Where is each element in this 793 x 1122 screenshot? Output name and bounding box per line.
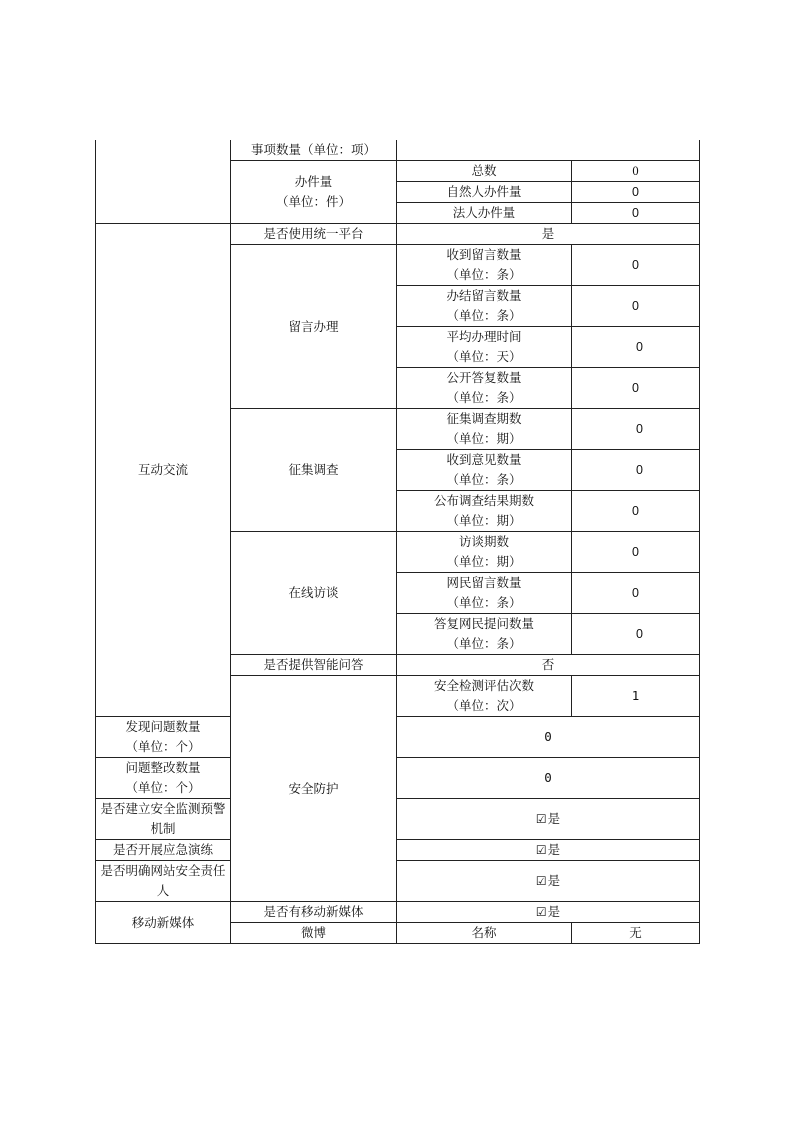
report-table: 事项数量（单位：项） 办件量 （单位：件） 总数 0 自然人办件量 0 法人办件… [95,140,700,944]
metric-value: 0 [397,758,700,799]
continued-category-cell [96,140,231,224]
has-mobile-label: 是否有移动新媒体 [231,902,397,923]
metric-value: 0 [572,614,700,655]
unified-platform-label: 是否使用统一平台 [231,224,397,245]
metric-value: 0 [572,368,700,409]
check-value: ☑是 [397,799,700,840]
metric-label: 问题整改数量（单位：个） [96,758,231,799]
security-category: 安全防护 [231,676,397,902]
metric-label: 公布调查结果期数（单位：期） [397,491,572,532]
metric-label: 办结留言数量（单位：条） [397,286,572,327]
handling-volume-label: 办件量 （单位：件） [231,161,397,224]
handling-row-value: 0 [572,203,700,224]
interaction-category: 互动交流 [96,224,231,717]
checkbox-checked-icon: ☑ [536,874,547,888]
has-mobile-value: ☑是 [397,902,700,923]
mobile-category: 移动新媒体 [96,902,231,944]
metric-value: 0 [572,245,700,286]
weibo-name-value: 无 [572,923,700,944]
handling-row-value: 0 [572,182,700,203]
metric-label: 访谈期数（单位：期） [397,532,572,573]
checkbox-checked-icon: ☑ [536,812,547,826]
metric-label: 发现问题数量（单位：个） [96,717,231,758]
interview-subcategory: 在线访谈 [231,532,397,655]
metric-value: 0 [572,573,700,614]
metric-label: 收到留言数量（单位：条） [397,245,572,286]
metric-value: 0 [572,327,700,368]
handling-row-label: 总数 [397,161,572,182]
check-value: ☑是 [397,861,700,902]
unified-platform-value: 是 [397,224,700,245]
smart-qa-label: 是否提供智能问答 [231,655,397,676]
weibo-label: 微博 [231,923,397,944]
metric-value: 0 [572,450,700,491]
metric-value: 0 [572,286,700,327]
metric-label: 网民留言数量（单位：条） [397,573,572,614]
survey-subcategory: 征集调查 [231,409,397,532]
metric-value: 0 [572,491,700,532]
check-label: 是否明确网站安全责任人 [96,861,231,902]
checkbox-checked-icon: ☑ [536,905,547,919]
check-label: 是否建立安全监测预警机制 [96,799,231,840]
handling-row-label: 法人办件量 [397,203,572,224]
messages-subcategory: 留言办理 [231,245,397,409]
metric-label: 安全检测评估次数（单位：次） [397,676,572,717]
items-count-value [397,140,700,161]
smart-qa-value: 否 [397,655,700,676]
metric-label: 征集调查期数（单位：期） [397,409,572,450]
metric-label: 公开答复数量（单位：条） [397,368,572,409]
metric-label: 答复网民提问数量（单位：条） [397,614,572,655]
items-count-label: 事项数量（单位：项） [231,140,397,161]
handling-row-label: 自然人办件量 [397,182,572,203]
metric-value: 0 [397,717,700,758]
metric-value: 0 [572,532,700,573]
weibo-name-label: 名称 [397,923,572,944]
metric-label: 平均办理时间（单位：天） [397,327,572,368]
metric-label: 收到意见数量（单位：条） [397,450,572,491]
checkbox-checked-icon: ☑ [536,843,547,857]
check-value: ☑是 [397,840,700,861]
metric-value: 0 [572,409,700,450]
check-label: 是否开展应急演练 [96,840,231,861]
handling-row-value: 0 [572,161,700,182]
metric-value: 1 [572,676,700,717]
